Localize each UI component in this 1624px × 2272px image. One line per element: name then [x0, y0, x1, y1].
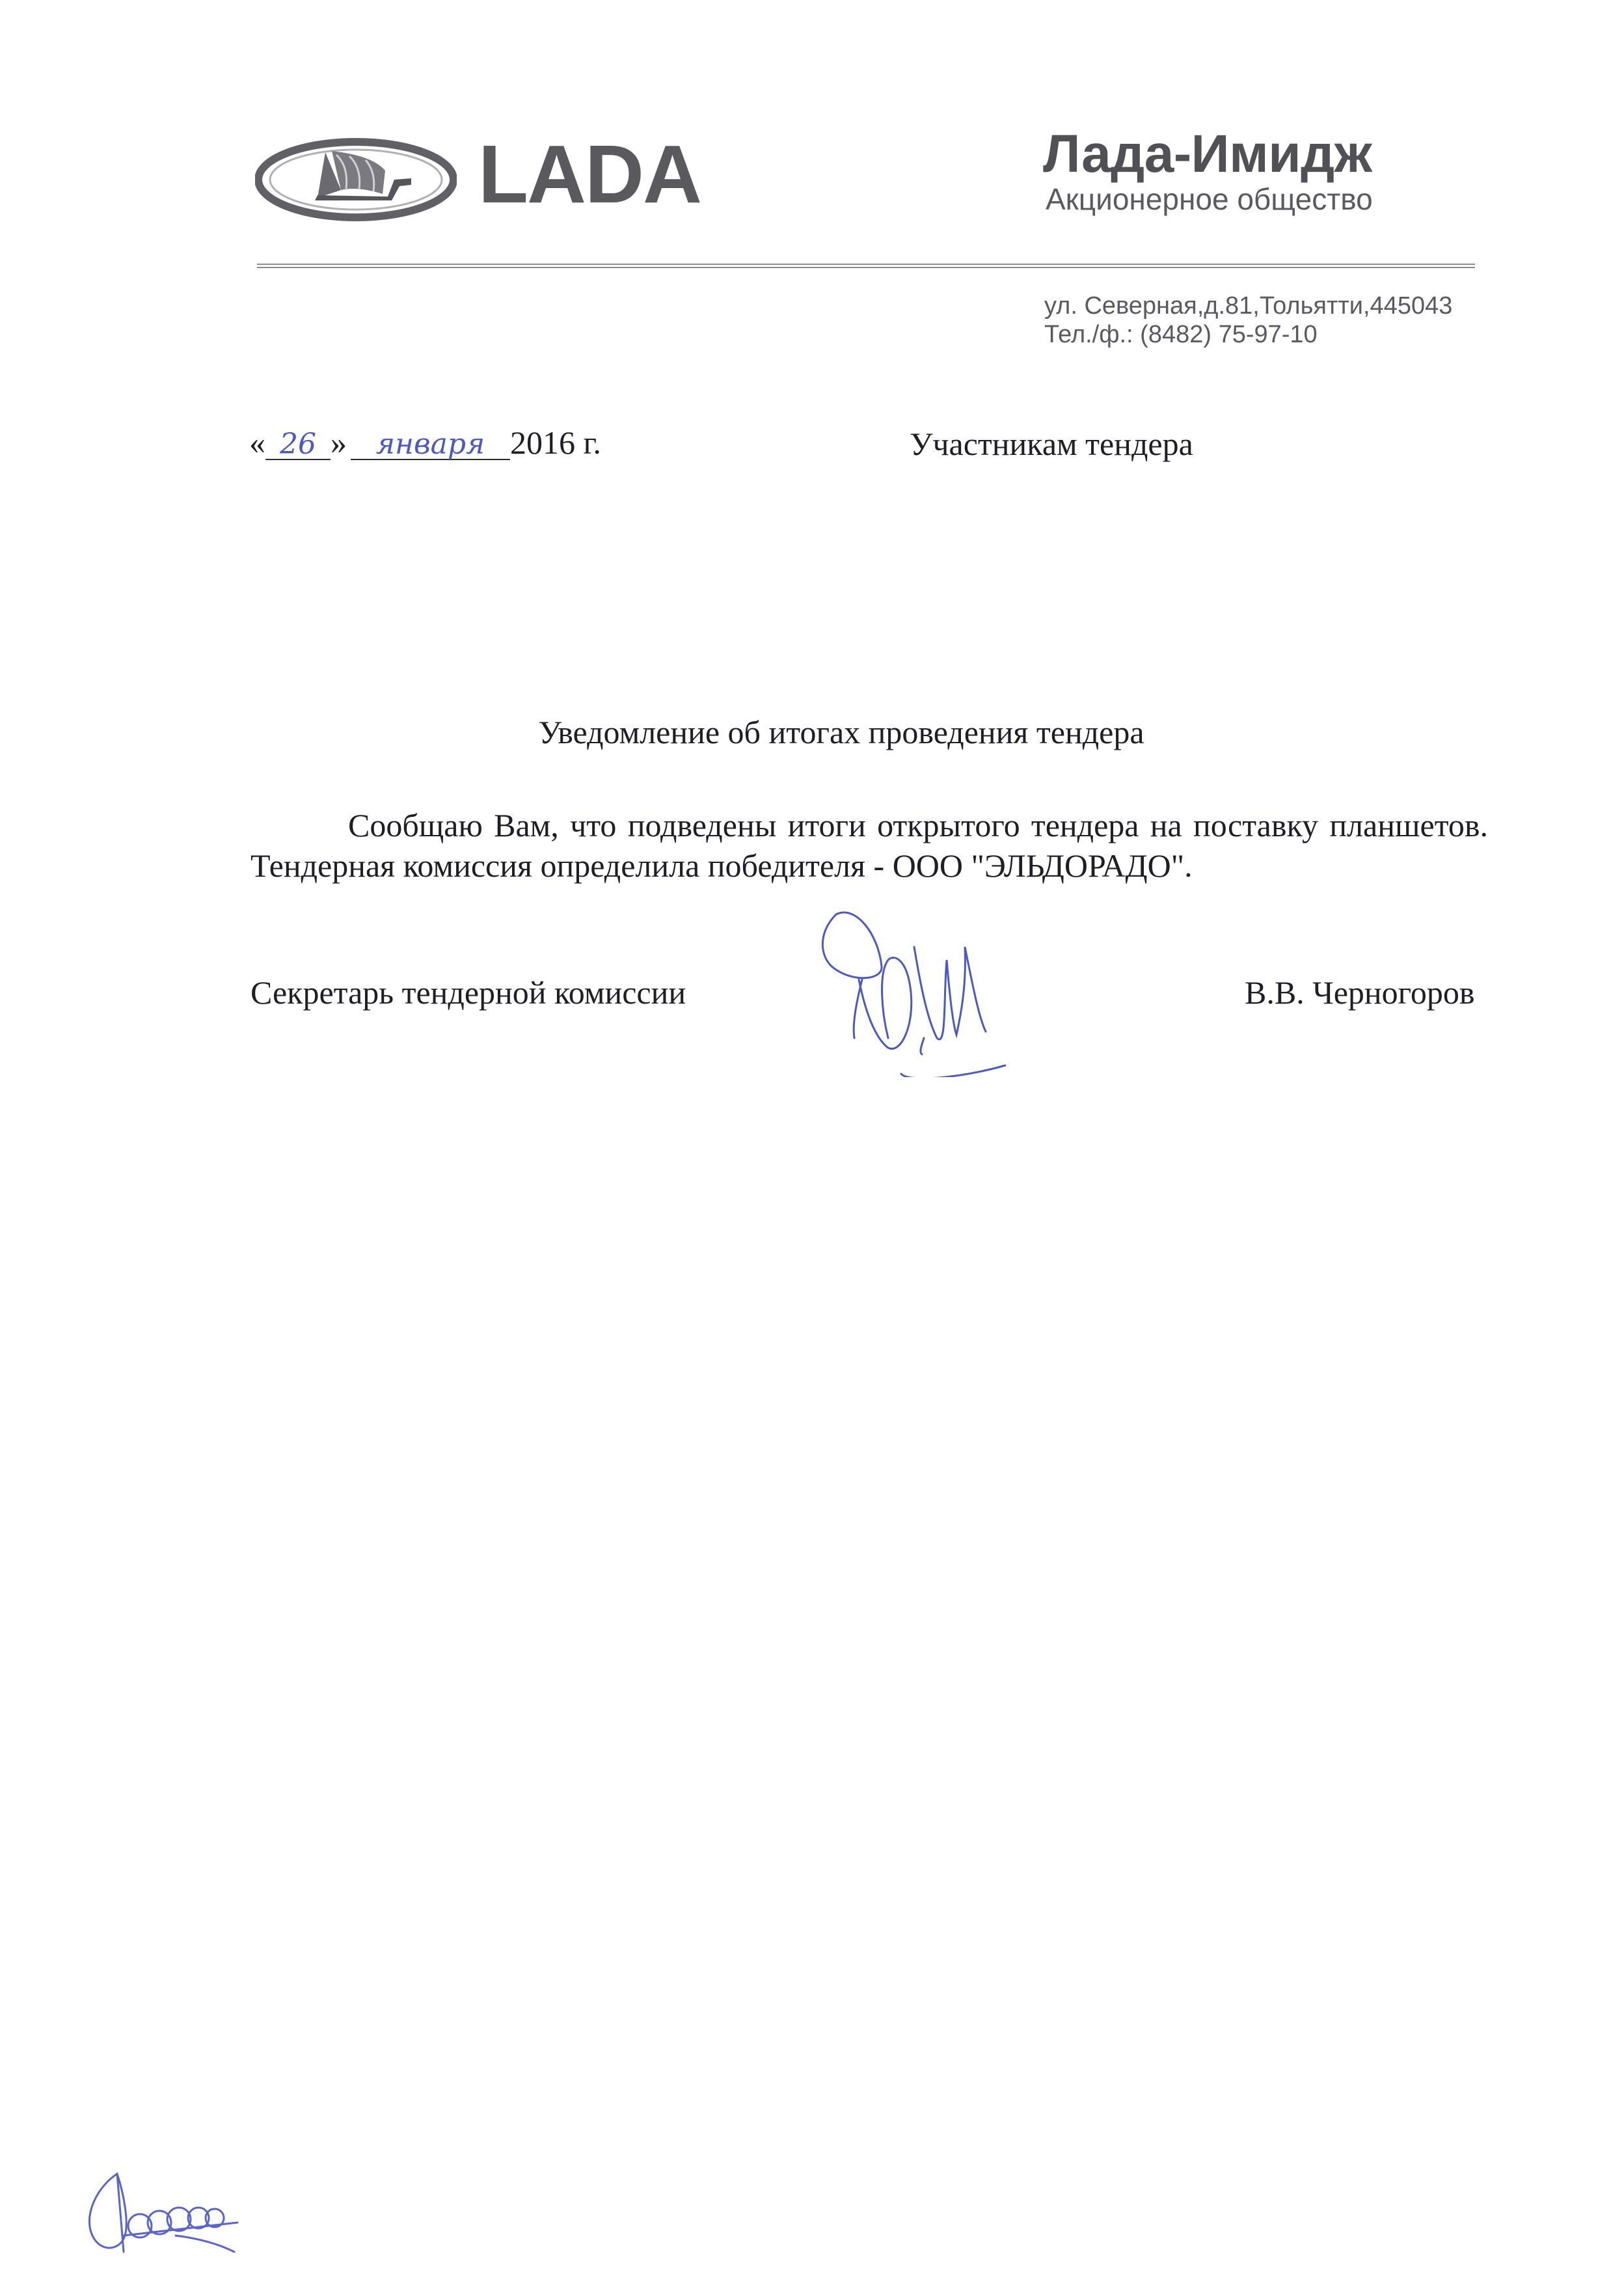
date-month-handwritten: января: [351, 430, 510, 460]
company-type: Акционерное общество: [1046, 184, 1373, 214]
logo-wordmark: LADA: [478, 133, 701, 215]
phone-line: Тел./ф.: (8482) 75-97-10: [1044, 320, 1452, 349]
signatory-name: В.В. Черногоров: [1245, 976, 1475, 1009]
letter-title: Уведомление об итогах проведения тендера: [0, 716, 1624, 748]
date-open-quote: «: [249, 424, 265, 461]
date-day-handwritten: 26: [265, 430, 331, 460]
date-year: 2016 г.: [510, 424, 601, 461]
company-name: Лада-Имидж: [1043, 128, 1372, 181]
body-paragraph: Сообщаю Вам, что подведены итоги открыто…: [250, 807, 1488, 884]
lada-boat-emblem-icon: [255, 138, 457, 221]
handwritten-initials-icon: [78, 2154, 247, 2258]
address-line: ул. Северная,д.81,Тольятти,445043: [1044, 292, 1452, 320]
company-contacts: ул. Северная,д.81,Тольятти,445043 Тел./ф…: [1044, 292, 1452, 349]
header-divider: [257, 264, 1475, 268]
letter-body: Сообщаю Вам, что подведены итоги открыто…: [250, 805, 1488, 886]
date-close-quote: »: [331, 424, 347, 461]
letter-date: «26»января2016 г.: [249, 426, 601, 460]
handwritten-signature-icon: [817, 908, 1090, 1077]
signatory-role: Секретарь тендерной комиссии: [250, 976, 686, 1009]
addressee: Участникам тендера: [910, 428, 1193, 460]
